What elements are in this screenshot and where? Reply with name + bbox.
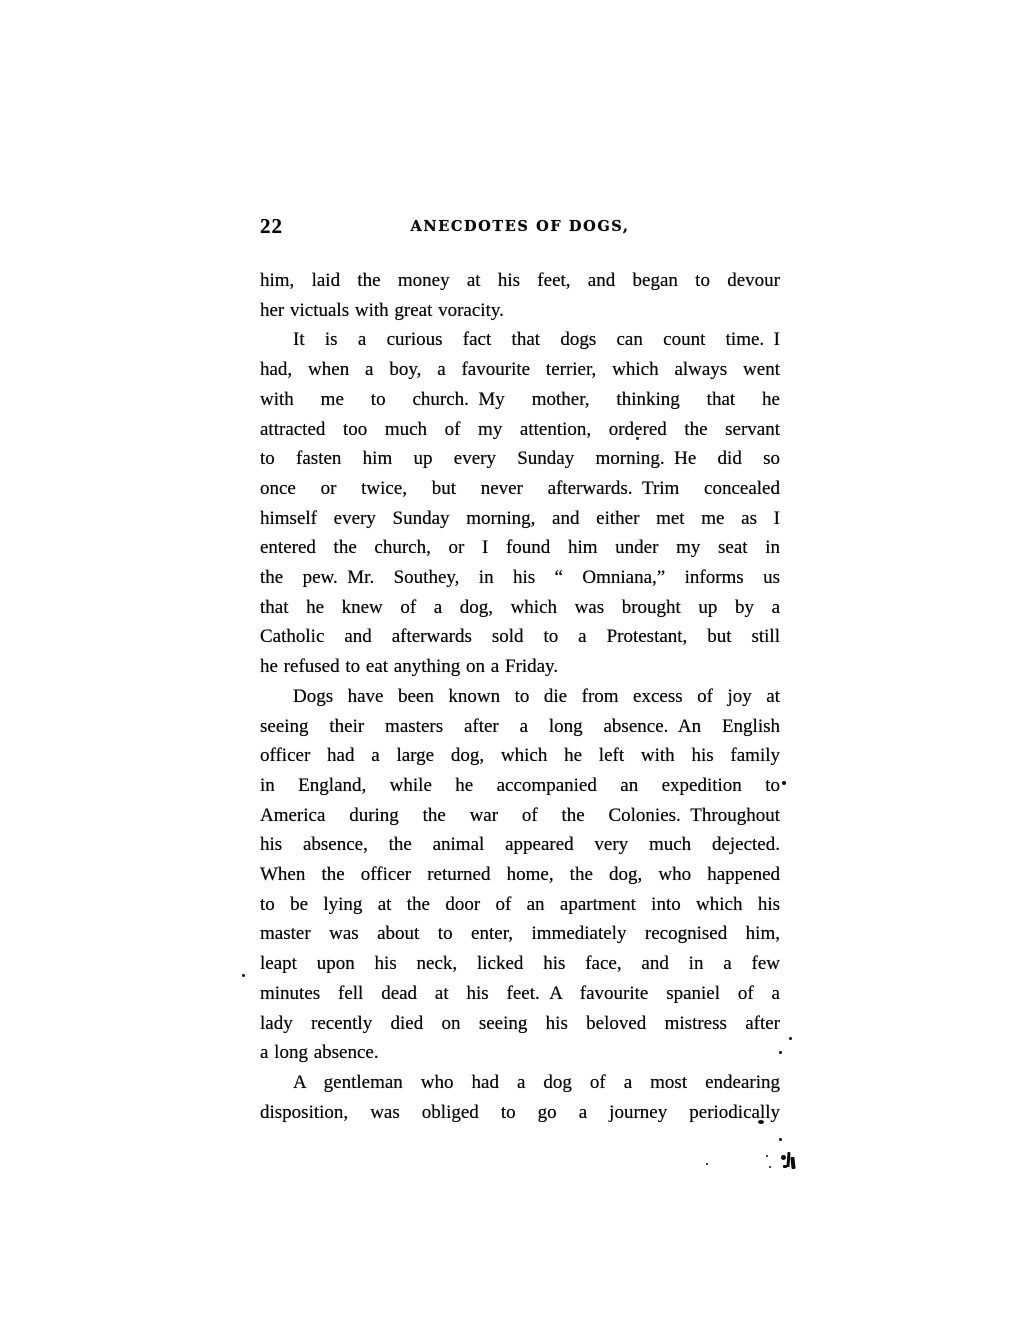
text-line: to be lying at the door of an apartment … xyxy=(260,890,780,920)
text-line: entered the church, or I found him under… xyxy=(260,533,780,563)
ink-speck xyxy=(782,781,786,785)
text-line: her victuals with great voracity. xyxy=(260,296,780,326)
text-line: once or twice, but never afterwards. Tri… xyxy=(260,474,780,504)
text-line: minutes fell dead at his feet. A favouri… xyxy=(260,979,780,1009)
text-line: the pew. Mr. Southey, in his “ Omniana,”… xyxy=(260,563,780,593)
text-line: him, laid the money at his feet, and beg… xyxy=(260,266,780,296)
ink-speck xyxy=(779,1051,782,1054)
text-line: Dogs have been known to die from excess … xyxy=(260,682,780,712)
ink-speck xyxy=(636,437,639,440)
text-line: himself every Sunday morning, and either… xyxy=(260,504,780,534)
running-title: ANECDOTES OF DOGS, xyxy=(260,218,780,235)
ink-speck xyxy=(706,1163,708,1165)
text-line: It is a curious fact that dogs can count… xyxy=(260,325,780,355)
text-line: America during the war of the Colonies. … xyxy=(260,801,780,831)
text-line: attracted too much of my attention, orde… xyxy=(260,415,780,445)
scanned-book-page: 22 ANECDOTES OF DOGS, him, laid the mone… xyxy=(0,0,1033,1339)
text-line: had, when a boy, a favourite terrier, wh… xyxy=(260,355,780,385)
text-line: leapt upon his neck, licked his face, an… xyxy=(260,949,780,979)
text-line: he refused to eat anything on a Friday. xyxy=(260,652,780,682)
text-line: to fasten him up every Sunday morning. H… xyxy=(260,444,780,474)
text-line: seeing their masters after a long absenc… xyxy=(260,712,780,742)
running-header: 22 ANECDOTES OF DOGS, xyxy=(260,214,780,244)
text-line: Catholic and afterwards sold to a Protes… xyxy=(260,622,780,652)
text-line: with me to church. My mother, thinking t… xyxy=(260,385,780,415)
ink-speck xyxy=(242,974,245,977)
text-line: disposition, was obliged to go a journey… xyxy=(260,1098,780,1128)
text-line: a long absence. xyxy=(260,1038,780,1068)
paragraph: A gentleman who had a dog of a most ende… xyxy=(260,1068,780,1127)
text-line: master was about to enter, immediately r… xyxy=(260,919,780,949)
text-line: A gentleman who had a dog of a most ende… xyxy=(260,1068,780,1098)
paragraph: him, laid the money at his feet, and beg… xyxy=(260,266,780,325)
text-line: lady recently died on seeing his beloved… xyxy=(260,1009,780,1039)
ink-speck xyxy=(789,1037,792,1040)
paragraph: It is a curious fact that dogs can count… xyxy=(260,325,780,681)
text-line: When the officer returned home, the dog,… xyxy=(260,860,780,890)
text-line: that he knew of a dog, which was brought… xyxy=(260,593,780,623)
ink-speck xyxy=(758,1120,764,1124)
text-line: his absence, the animal appeared very mu… xyxy=(260,830,780,860)
text-line: in England, while he accompanied an expe… xyxy=(260,771,780,801)
text-line: officer had a large dog, which he left w… xyxy=(260,741,780,771)
ink-speck xyxy=(779,1138,782,1141)
ink-speck xyxy=(769,1166,771,1168)
body-text: him, laid the money at his feet, and beg… xyxy=(260,266,780,1127)
paragraph: Dogs have been known to die from excess … xyxy=(260,682,780,1068)
ink-speck xyxy=(766,1155,768,1157)
